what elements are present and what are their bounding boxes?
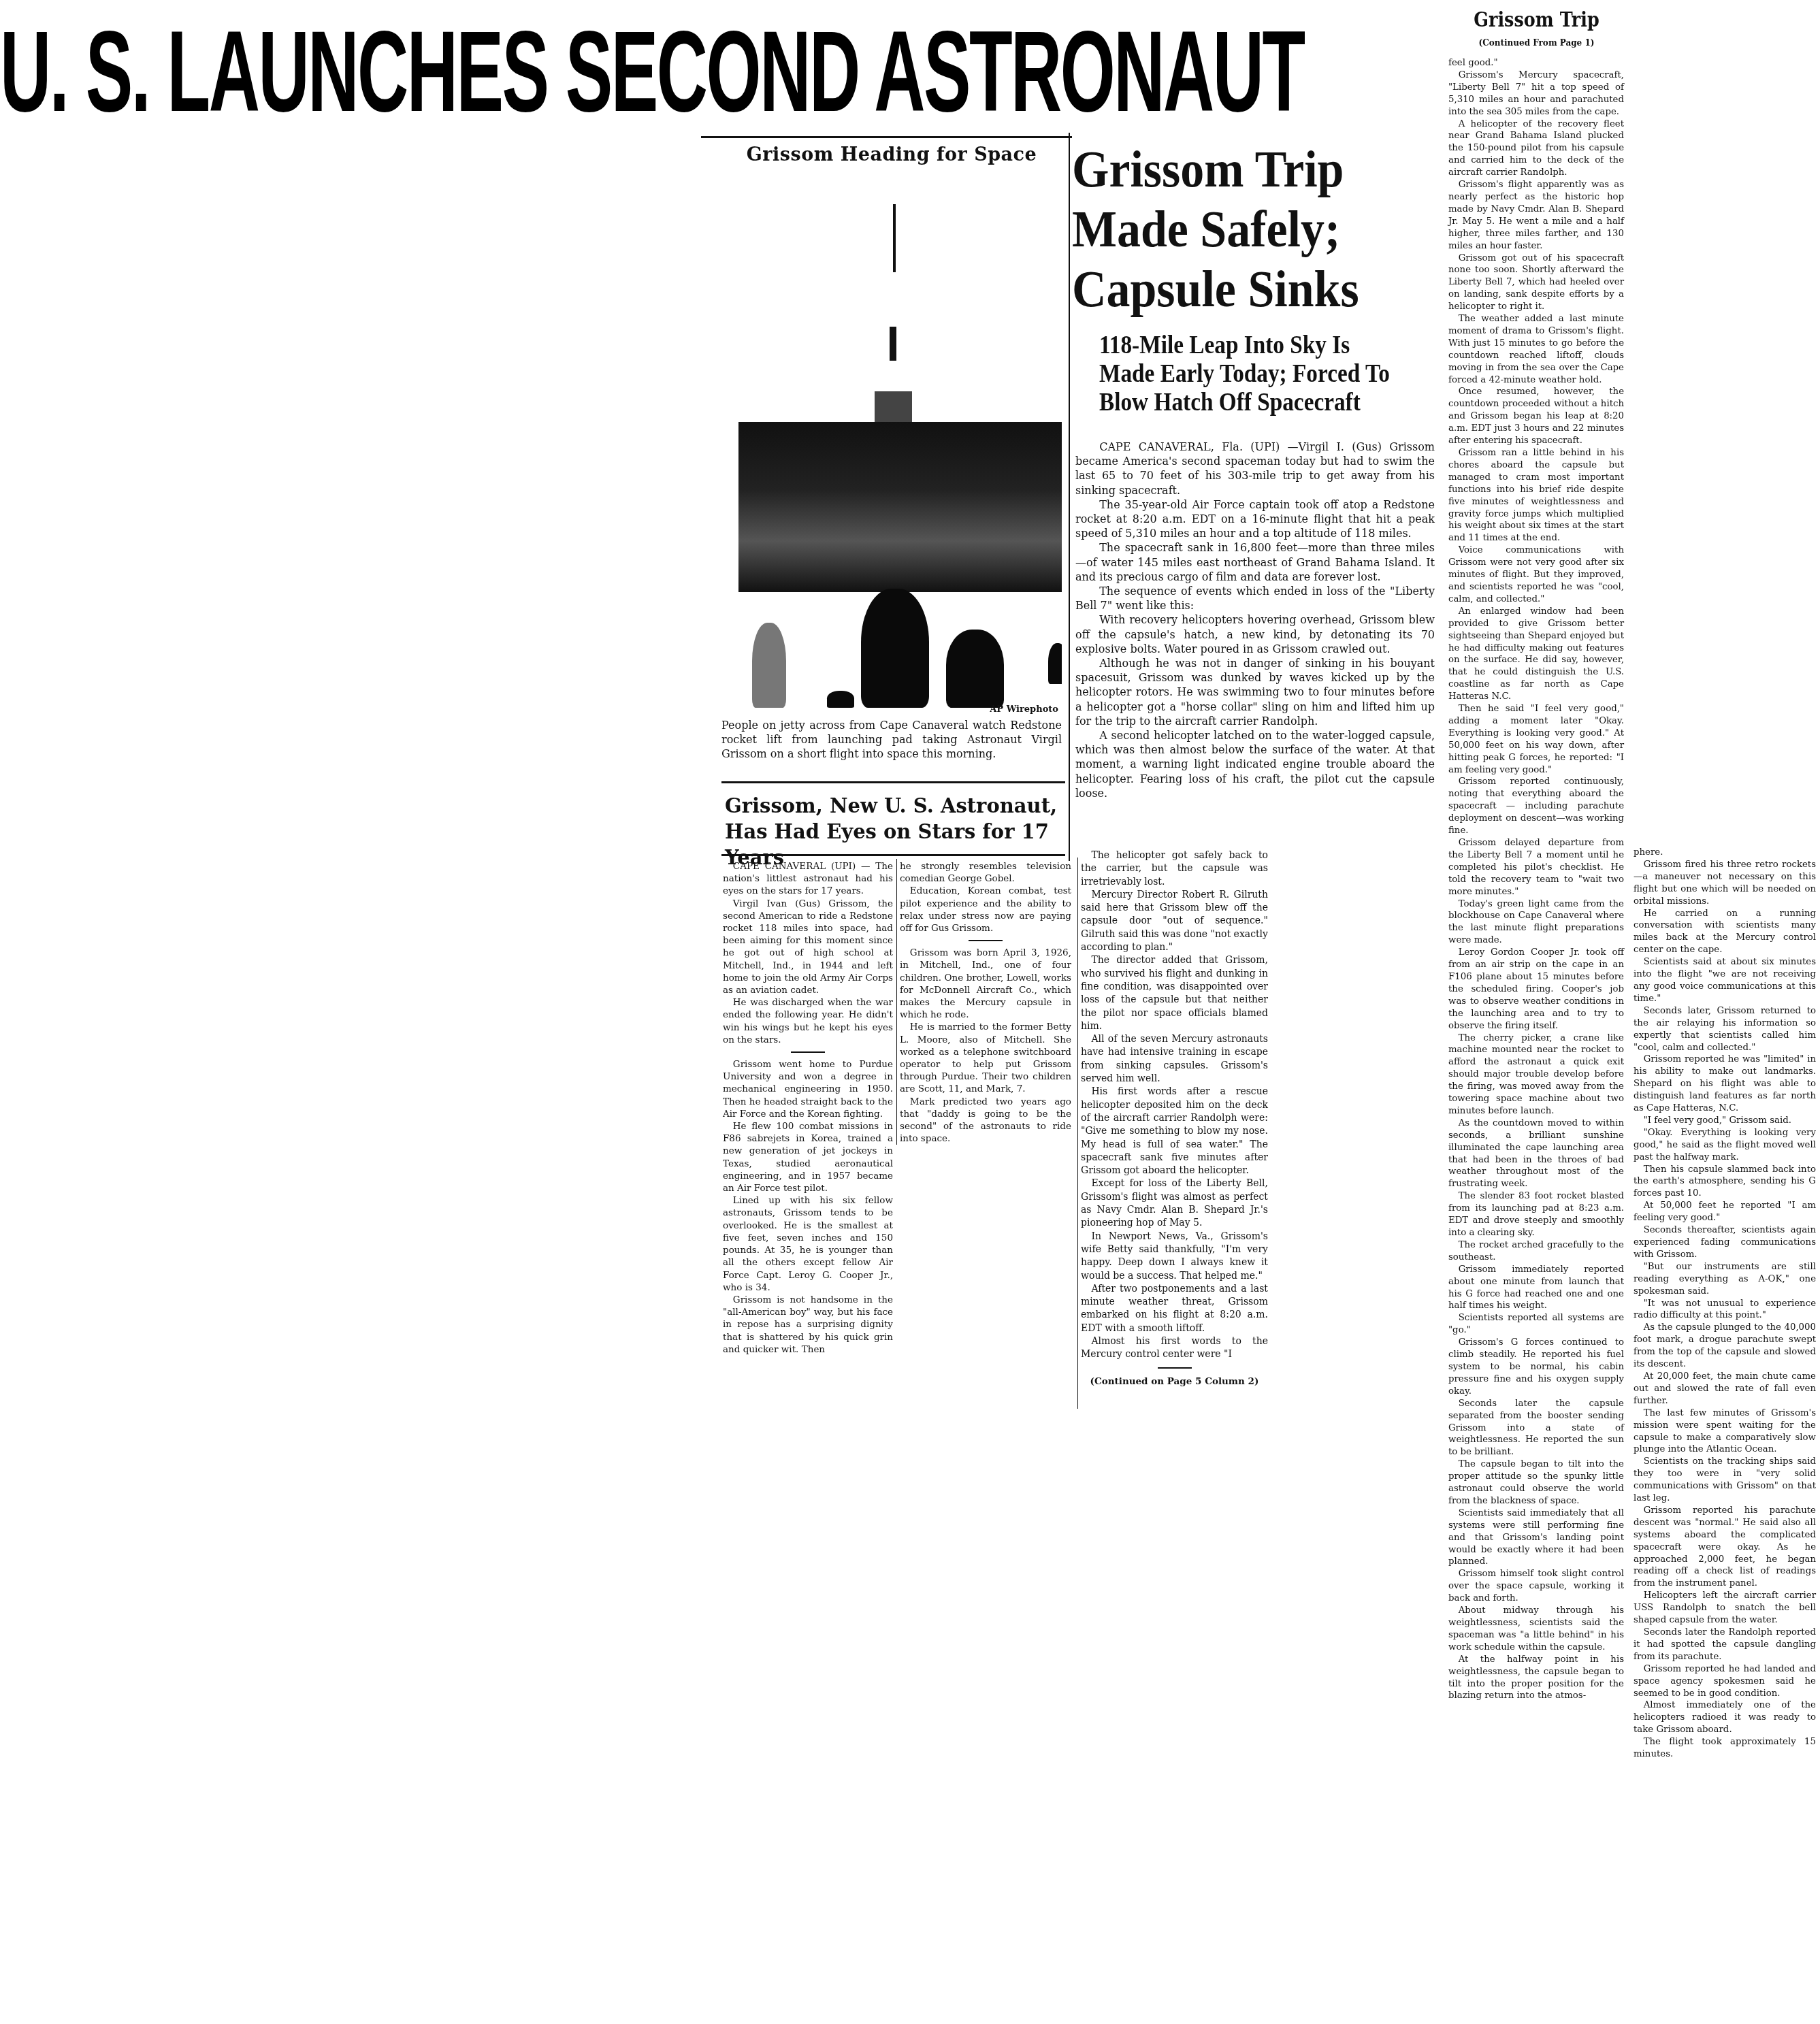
paragraph: A helicopter of the recovery fleet near … <box>1448 118 1624 180</box>
paragraph: "Okay. Everything is looking very good,"… <box>1634 1127 1816 1164</box>
paragraph: Lined up with his six fellow astronauts,… <box>723 1194 893 1294</box>
paragraph: The capsule began to tilt into the prope… <box>1448 1458 1624 1507</box>
banner-headline: U. S. LAUNCHES SECOND ASTRONAUT <box>0 12 886 131</box>
paragraph: Seconds later, Grissom returned to the a… <box>1634 1005 1816 1054</box>
paragraph: Mark predicted two years ago that "daddy… <box>900 1096 1071 1145</box>
spectator <box>946 630 1004 708</box>
paragraph: Education, Korean combat, test pilot exp… <box>900 885 1071 934</box>
paragraph: As the countdown moved to within seconds… <box>1448 1117 1624 1190</box>
photo-top-rule <box>701 136 1072 138</box>
paragraph: A second helicopter latched on to the wa… <box>1075 728 1435 800</box>
paragraph: The cherry picker, a crane like machine … <box>1448 1032 1624 1117</box>
continued-on-link[interactable]: (Continued on Page 5 Column 2) <box>1081 1375 1268 1388</box>
paragraph: Then his capsule slammed back into the e… <box>1634 1164 1816 1201</box>
paragraph: Mercury Director Robert R. Gilruth said … <box>1081 889 1268 954</box>
paragraph: At 50,000 feet he reported "I am feeling… <box>1634 1200 1816 1224</box>
paragraph: Grissom fired his three retro rockets—a … <box>1634 859 1816 908</box>
paragraph: The helicopter got safely back to the ca… <box>1081 849 1268 889</box>
paragraph: After two postponements and a last minut… <box>1081 1283 1268 1335</box>
shoreline <box>738 422 1062 592</box>
paragraph: he strongly resembles television comedia… <box>900 860 1071 885</box>
main-narrow-column: The helicopter got safely back to the ca… <box>1081 849 1268 1388</box>
continuation-headline: Grissom Trip <box>1463 8 1610 32</box>
paragraph: At 20,000 feet, the main chute came out … <box>1634 1371 1816 1407</box>
paragraph: Voice communications with Grissom were n… <box>1448 544 1624 606</box>
rocket-trail <box>893 204 896 272</box>
paragraph: At the halfway point in his weightlessne… <box>1448 1654 1624 1703</box>
photo-sky <box>738 187 1062 405</box>
paragraph: Seconds later the capsule separated from… <box>1448 1398 1624 1459</box>
paragraph: Almost immediately one of the helicopter… <box>1634 1699 1816 1736</box>
paragraph: Virgil Ivan (Gus) Grissom, the second Am… <box>723 898 893 997</box>
paragraph: Grissom reported his parachute descent w… <box>1634 1505 1816 1590</box>
main-column-rule <box>1077 858 1078 1409</box>
paragraph: The last few minutes of Grissom's missio… <box>1634 1407 1816 1456</box>
profile-column-1: CAPE CANAVERAL (UPI) — The nation's litt… <box>723 860 893 1356</box>
continuation-column-2: phere. Grissom fired his three retro roc… <box>1634 847 1816 1761</box>
paragraph: Grissom himself took slight control over… <box>1448 1568 1624 1605</box>
paragraph: Today's green light came from the blockh… <box>1448 898 1624 947</box>
photo-heading: Grissom Heading for Space <box>721 144 1062 165</box>
paragraph: "But our instruments are still reading e… <box>1634 1261 1816 1298</box>
main-left-rule <box>1069 133 1070 861</box>
paragraph: Then he said "I feel very good," adding … <box>1448 703 1624 776</box>
paragraph: Helicopters left the aircraft carrier US… <box>1634 1590 1816 1627</box>
paragraph: Grissom's Mercury spacecraft, "Liberty B… <box>1448 69 1624 118</box>
paragraph: Scientists said immediately that all sys… <box>1448 1507 1624 1569</box>
paragraph: Grissom's flight apparently was as nearl… <box>1448 179 1624 252</box>
paragraph: The flight took approximately 15 minutes… <box>1634 1736 1816 1761</box>
paragraph: He carried on a running conversation wit… <box>1634 908 1816 957</box>
paragraph: Grissom was born April 3, 1926, in Mitch… <box>900 947 1071 1021</box>
main-lead-text: CAPE CANAVERAL, Fla. (UPI) —Virgil I. (G… <box>1075 440 1435 800</box>
section-separator <box>969 940 1003 941</box>
paragraph: As the capsule plunged to the 40,000 foo… <box>1634 1322 1816 1371</box>
profile-column-rule <box>896 859 897 1145</box>
paragraph: Leroy Gordon Cooper Jr. took off from an… <box>1448 947 1624 1032</box>
rocket <box>890 327 896 361</box>
paragraph: The weather added a last minute moment o… <box>1448 313 1624 386</box>
paragraph: "It was not unusual to experience radio … <box>1634 1298 1816 1322</box>
section-separator <box>791 1051 825 1053</box>
profile-divider-rule <box>721 781 1065 783</box>
main-subheadline: 118-Mile Leap Into Sky Is Made Early Tod… <box>1099 331 1393 417</box>
paragraph: Grissom is not handsome in the "all-Amer… <box>723 1294 893 1356</box>
paragraph: Grissom reported he was "limited" in his… <box>1634 1054 1816 1115</box>
paragraph: Grissom went home to Purdue University a… <box>723 1058 893 1120</box>
section-separator <box>1158 1367 1192 1369</box>
main-headline: Grissom Trip Made Safely; Capsule Sinks <box>1072 140 1410 319</box>
paragraph: The slender 83 foot rocket blasted from … <box>1448 1190 1624 1239</box>
paragraph: phere. <box>1634 847 1816 859</box>
paragraph: Grissom ran a little behind in his chore… <box>1448 447 1624 544</box>
photo-caption: People on jetty across from Cape Canaver… <box>721 718 1062 761</box>
paragraph: His first words after a rescue helicopte… <box>1081 1086 1268 1177</box>
continuation-column-1: feel good." Grissom's Mercury spacecraft… <box>1448 57 1624 1702</box>
paragraph: With recovery helicopters hovering overh… <box>1075 613 1435 656</box>
photo-credit: AP Wirephoto <box>905 704 1058 715</box>
spectator <box>827 691 854 708</box>
paragraph: All of the seven Mercury astronauts have… <box>1081 1033 1268 1086</box>
paragraph: Once resumed, however, the countdown pro… <box>1448 386 1624 447</box>
paragraph: The director added that Grissom, who sur… <box>1081 954 1268 1033</box>
continuation-subhead: (Continued From Page 1) <box>1450 38 1623 48</box>
paragraph: About midway through his weightlessness,… <box>1448 1605 1624 1654</box>
paragraph: Almost his first words to the Mercury co… <box>1081 1335 1268 1362</box>
paragraph: Seconds thereafter, scientists again exp… <box>1634 1224 1816 1261</box>
paragraph: Seconds later the Randolph reported it h… <box>1634 1627 1816 1663</box>
spectator <box>861 589 929 708</box>
launch-photo <box>738 187 1062 708</box>
paragraph: Grissom delayed departure from the Liber… <box>1448 837 1624 898</box>
paragraph: "I feel very good," Grissom said. <box>1634 1115 1816 1127</box>
paragraph: He was discharged when the war ended the… <box>723 996 893 1046</box>
paragraph: He flew 100 combat missions in F86 sabre… <box>723 1120 893 1194</box>
paragraph: An enlarged window had been provided to … <box>1448 606 1624 703</box>
paragraph: Grissom reported he had landed and space… <box>1634 1663 1816 1700</box>
paragraph: Scientists on the tracking ships said th… <box>1634 1456 1816 1505</box>
paragraph: Although he was not in danger of sinking… <box>1075 656 1435 728</box>
paragraph: Scientists reported all systems are "go.… <box>1448 1312 1624 1337</box>
paragraph: feel good." <box>1448 57 1624 69</box>
paragraph: Scientists said at about six minutes int… <box>1634 956 1816 1005</box>
paragraph: He is married to the former Betty L. Moo… <box>900 1021 1071 1095</box>
paragraph: The rocket arched gracefully to the sout… <box>1448 1239 1624 1264</box>
paragraph: The sequence of events which ended in lo… <box>1075 584 1435 613</box>
profile-headline: Grissom, New U. S. Astronaut, Has Had Ey… <box>725 793 1072 870</box>
paragraph: CAPE CANAVERAL, Fla. (UPI) —Virgil I. (G… <box>1075 440 1435 497</box>
paragraph: In Newport News, Va., Grissom's wife Bet… <box>1081 1230 1268 1283</box>
paragraph: CAPE CANAVERAL (UPI) — The nation's litt… <box>723 860 893 898</box>
paragraph: Except for loss of the Liberty Bell, Gri… <box>1081 1177 1268 1230</box>
paragraph: Grissom immediately reported about one m… <box>1448 1264 1624 1313</box>
paragraph: Grissom got out of his spacecraft none t… <box>1448 252 1624 314</box>
paragraph: Grissom's G forces continued to climb st… <box>1448 1337 1624 1398</box>
paragraph: The spacecraft sank in 16,800 feet—more … <box>1075 540 1435 584</box>
paragraph: Grissom reported continuously, noting th… <box>1448 776 1624 837</box>
spectator <box>752 623 786 708</box>
profile-column-2: he strongly resembles television comedia… <box>900 860 1071 1145</box>
paragraph: The 35-year-old Air Force captain took o… <box>1075 497 1435 541</box>
spectator <box>1048 643 1062 684</box>
